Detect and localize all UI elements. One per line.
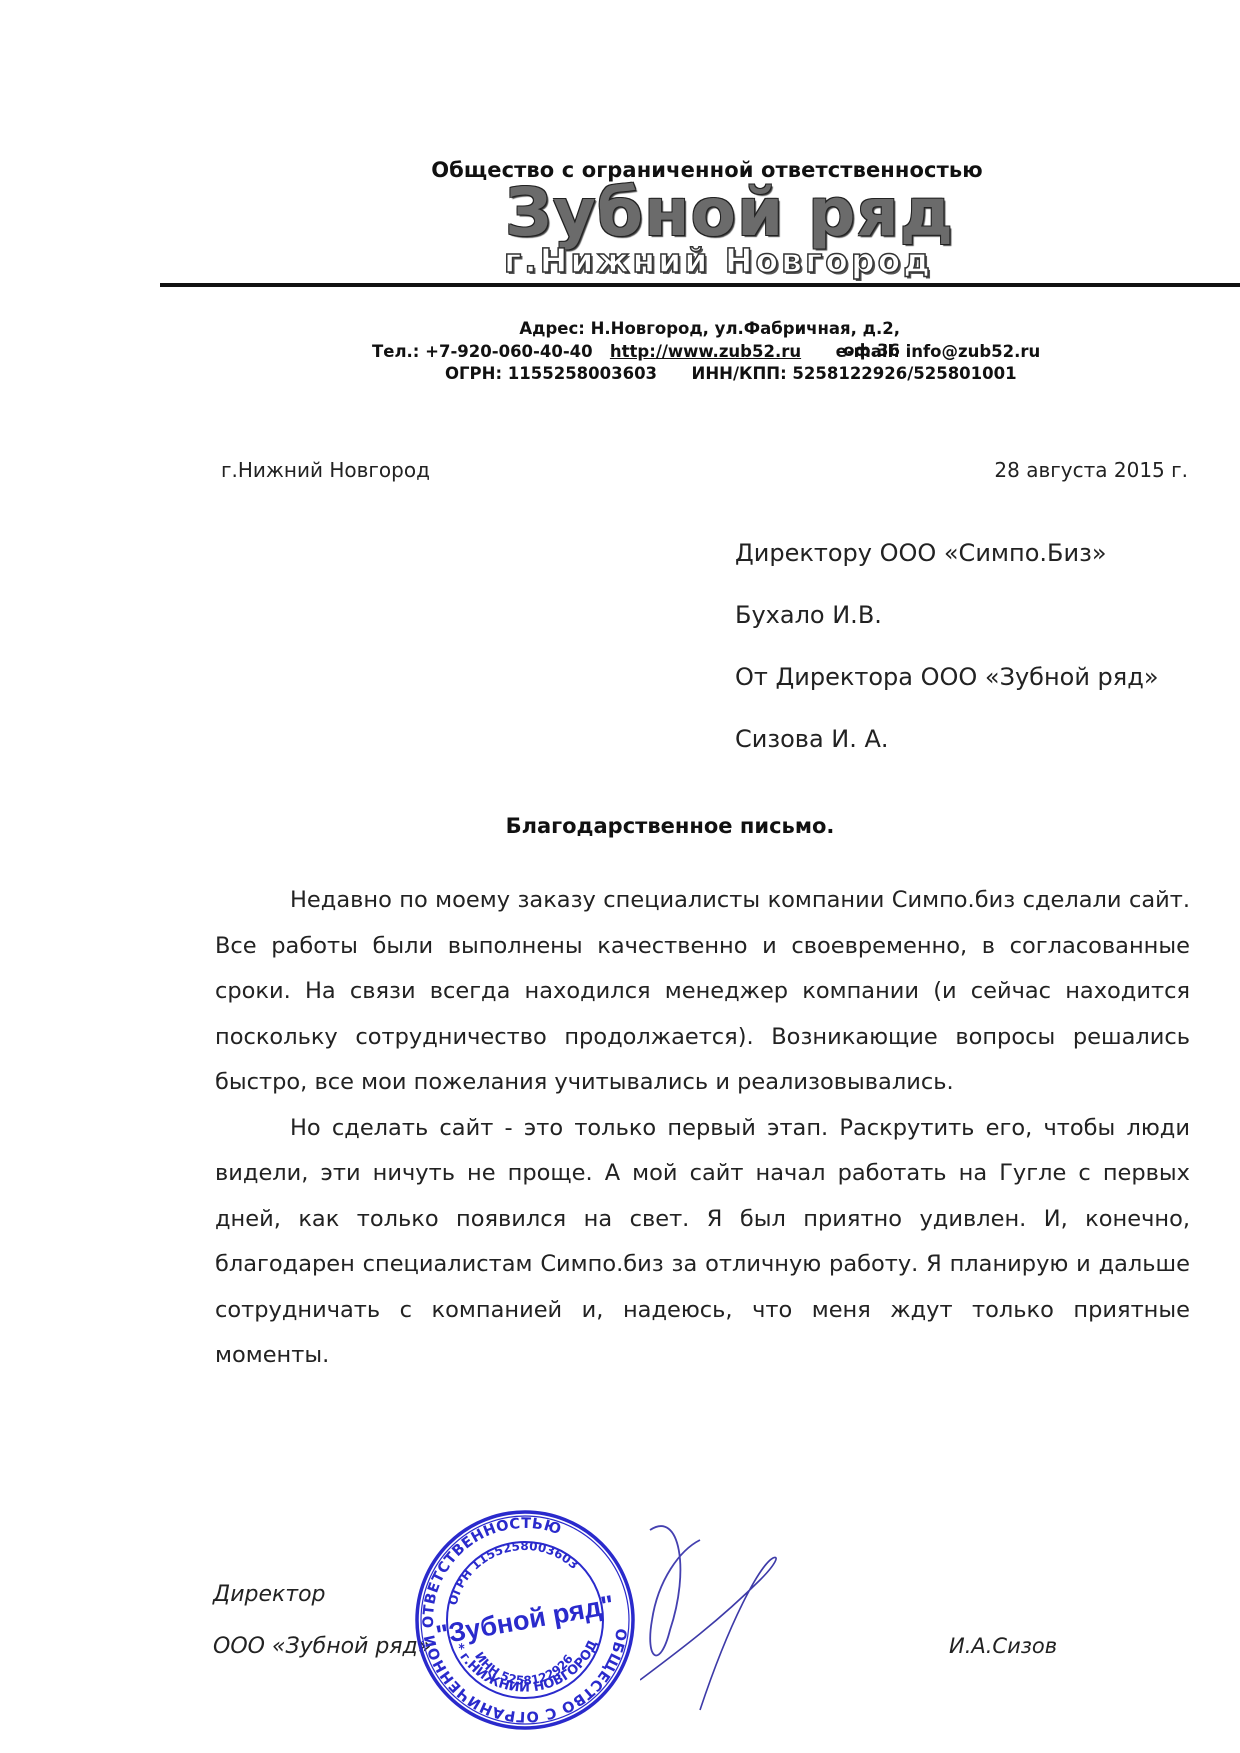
website-link[interactable]: http://www.zub52.ru: [610, 342, 801, 361]
handwritten-signature: [640, 1510, 820, 1720]
letter-date: 28 августа 2015 г.: [994, 458, 1188, 482]
addressee-line: Бухало И.В.: [735, 601, 882, 629]
letterhead-city: г.Нижний Новгород: [504, 244, 933, 277]
letterhead-registration: ОГРН: 1155258003603 ИНН/КПП: 5258122926/…: [445, 363, 1005, 385]
letterhead-company-name: Зубной ряд: [505, 180, 954, 246]
addressee-line: От Директора ООО «Зубной ряд»: [735, 663, 1159, 691]
signature-name: И.А.Сизов: [949, 1634, 1057, 1658]
body-paragraph: Но сделать сайт - это только первый этап…: [215, 1106, 1190, 1379]
letter-place: г.Нижний Новгород: [221, 458, 430, 482]
letterhead-divider: [160, 283, 1240, 287]
signature-organization: ООО «Зубной ряд»: [213, 1634, 431, 1659]
letter-title: Благодарственное письмо.: [0, 814, 1240, 838]
addressee-line: Директору ООО «Симпо.Биз»: [735, 539, 1107, 567]
phone: Тел.: +7-920-060-40-40: [372, 342, 593, 361]
letter-body: Недавно по моему заказу специалисты комп…: [215, 878, 1190, 1379]
company-seal-stamp: ОБЩЕСТВО С ОГРАНИЧЕННОЙ ОТВЕТСТВЕННОСТЬЮ…: [410, 1505, 640, 1735]
body-paragraph: Недавно по моему заказу специалисты комп…: [215, 878, 1190, 1106]
signature-position: Директор: [213, 1582, 326, 1607]
addressee-line: Сизова И. А.: [735, 725, 889, 753]
inn-kpp: ИНН/КПП: 5258122926/525801001: [692, 364, 1017, 383]
letterhead-contacts: Тел.: +7-920-060-40-40 http://www.zub52.…: [372, 341, 1032, 363]
letter-title-text: Благодарственное письмо.: [506, 814, 835, 838]
email: e-mail: info@zub52.ru: [836, 342, 1041, 361]
ogrn: ОГРН: 1155258003603: [445, 364, 657, 383]
